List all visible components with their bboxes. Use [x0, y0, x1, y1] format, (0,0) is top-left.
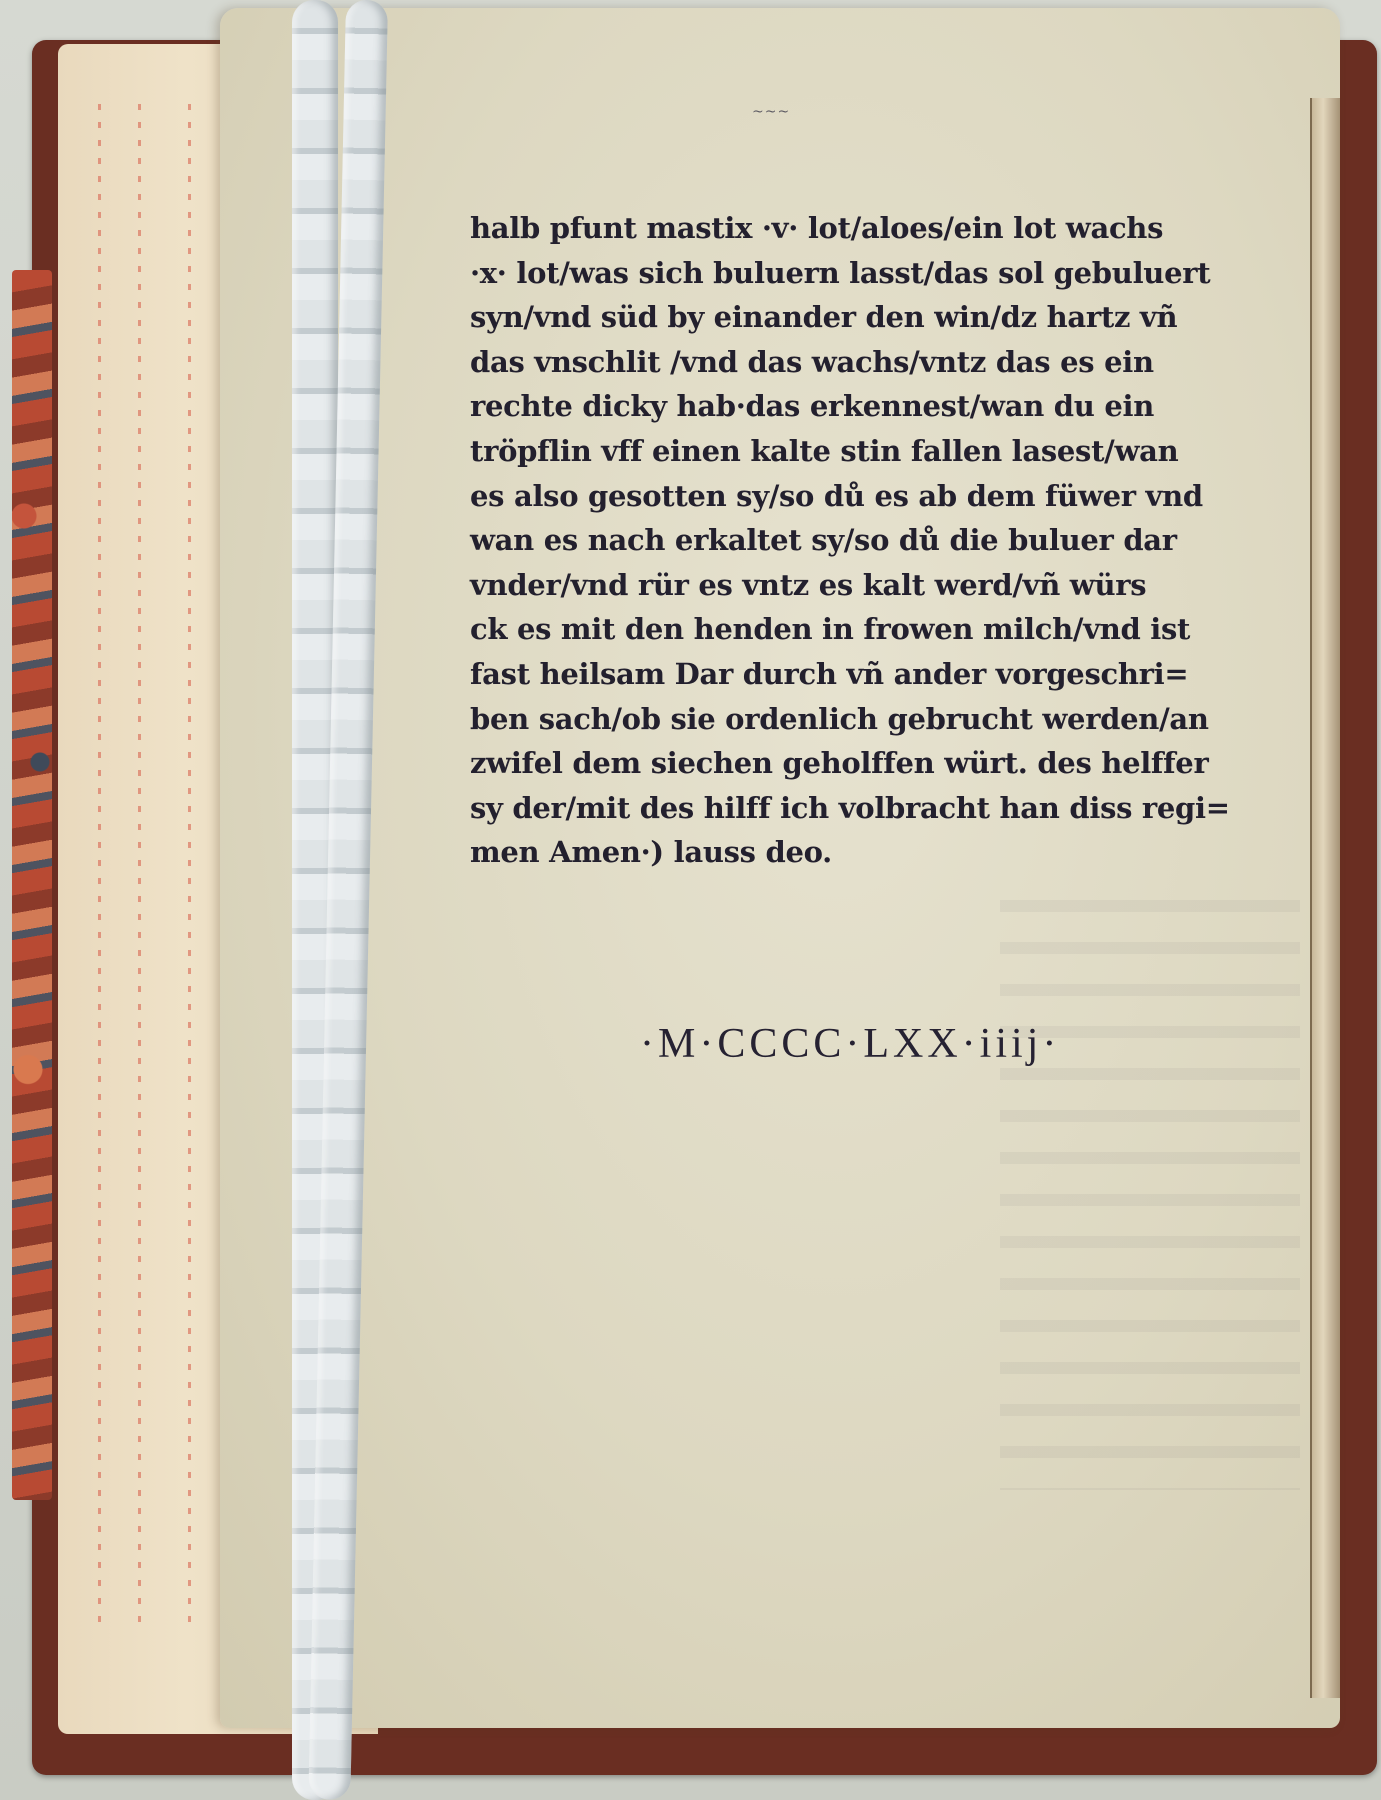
text-line: fast heilsam Dar durch vñ ander vorgesch…: [470, 652, 1310, 697]
show-through-text: [1000, 870, 1300, 1490]
page-edge: [1310, 98, 1340, 1698]
page-text: halb pfunt mastix ·v· lot/aloes/ein lot …: [470, 206, 1310, 875]
text-line: ck es mit den henden in frowen milch/vnd…: [470, 607, 1310, 652]
rubricated-edge: [98, 104, 101, 1634]
running-head-mark: ~~~: [752, 104, 790, 120]
text-line: halb pfunt mastix ·v· lot/aloes/ein lot …: [470, 206, 1310, 251]
marbled-endpaper: [12, 270, 52, 1500]
text-line: sy der/mit des hilff ich volbracht han d…: [470, 786, 1310, 831]
rubricated-edge: [188, 104, 191, 1634]
text-line: es also gesotten sy/so dů es ab dem füwe…: [470, 474, 1310, 519]
text-line: das vnschlit /vnd das wachs/vntz das es …: [470, 340, 1310, 385]
text-line: rechte dicky hab·das erkennest/wan du ei…: [470, 384, 1310, 429]
rubricated-edge: [138, 104, 141, 1634]
text-line: tröpflin vff einen kalte stin fallen las…: [470, 429, 1310, 474]
text-line: zwifel dem siechen geholffen würt. des h…: [470, 741, 1310, 786]
text-line: ·x· lot/was sich buluern lasst/das sol g…: [470, 251, 1310, 296]
colophon-date: ·M·CCCC·LXX·iiij·: [640, 1020, 1060, 1068]
text-line: men Amen·) lauss deo.: [470, 830, 1310, 875]
text-line: wan es nach erkaltet sy/so dů die buluer…: [470, 518, 1310, 563]
text-line: vnder/vnd rür es vntz es kalt werd/vñ wü…: [470, 563, 1310, 608]
text-line: syn/vnd süd by einander den win/dz hartz…: [470, 295, 1310, 340]
text-line: ben sach/ob sie ordenlich gebrucht werde…: [470, 697, 1310, 742]
